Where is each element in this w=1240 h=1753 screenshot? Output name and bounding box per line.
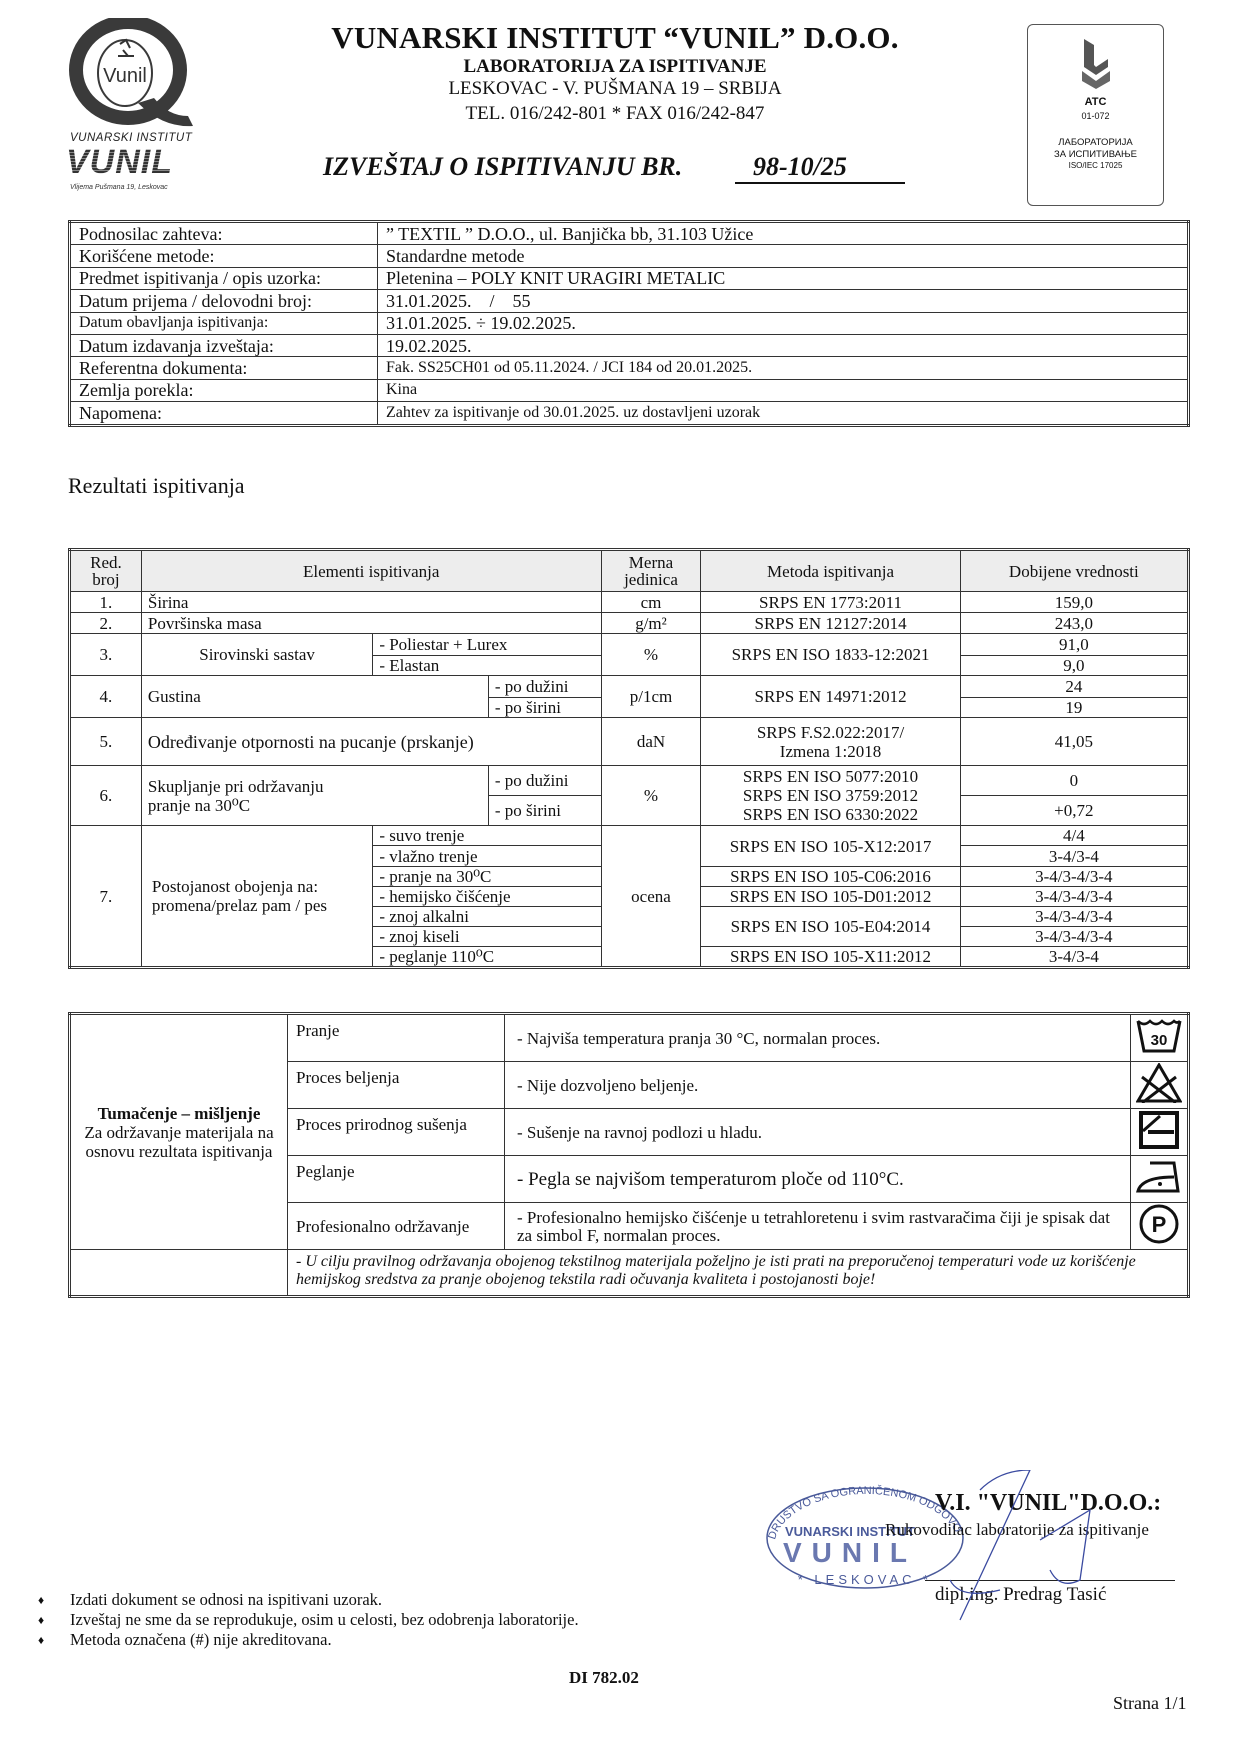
row-element: Sirovinski sastav xyxy=(141,634,372,676)
lab-name: LABORATORIJA ZA ISPITIVANJE xyxy=(330,56,900,78)
info-row: Datum prijema / delovodni broj:31.01.202… xyxy=(70,290,1189,312)
care-category: Proces prirodnog sušenja xyxy=(288,1109,505,1156)
row-subelement: - znoj kiseli xyxy=(373,927,601,947)
footer-note: Izveštaj ne sme da se reprodukuje, osim … xyxy=(30,1610,579,1630)
info-row: Zemlja porekla:Kina xyxy=(70,379,1189,401)
row-value: 91,0 xyxy=(960,634,1188,656)
svg-text:* LESKOVAC *: * LESKOVAC * xyxy=(798,1572,932,1587)
handwritten-signature xyxy=(940,1470,1120,1630)
care-note-row: - U cilju pravilnog održavanja obojenog … xyxy=(70,1250,1189,1297)
row-element: Postojanost obojenja na: promena/prelaz … xyxy=(141,826,372,968)
svg-text:P: P xyxy=(1152,1212,1167,1237)
info-label: Referentna dokumenta: xyxy=(70,357,378,379)
info-row: Referentna dokumenta:Fak. SS25CH01 od 05… xyxy=(70,357,1189,379)
row-subelement: - po širini xyxy=(488,796,601,826)
row-no: 4. xyxy=(70,676,142,718)
row-unit: ocena xyxy=(601,826,701,968)
row-value: 3-4/3-4 xyxy=(960,846,1188,867)
table-row: 6. Skupljanje pri održavanjupranje na 30… xyxy=(70,766,1189,796)
row-no: 7. xyxy=(70,826,142,968)
info-label: Predmet ispitivanja / opis uzorka: xyxy=(70,267,378,289)
row-value: 159,0 xyxy=(960,592,1188,613)
info-label: Napomena: xyxy=(70,402,378,425)
row-value: 3-4/3-4/3-4 xyxy=(960,907,1188,927)
row-value: 0 xyxy=(960,766,1188,796)
method-line: SRPS F.S2.022:2017/ xyxy=(757,723,904,742)
row-method: SRPS EN ISO 105-C06:2016 xyxy=(701,867,960,887)
svg-text:VUNIL: VUNIL xyxy=(783,1537,917,1568)
row-value: 24 xyxy=(960,676,1188,698)
logo-brand: VUNIL xyxy=(66,143,173,182)
care-description: - Profesionalno hemijsko čišćenje u tetr… xyxy=(505,1203,1131,1250)
row-method: SRPS EN ISO 105-X12:2017 xyxy=(701,826,960,867)
method-line: SRPS EN ISO 6330:2022 xyxy=(743,805,918,824)
info-row: Datum obavljanja ispitivanja:31.01.2025.… xyxy=(70,312,1189,334)
row-value: 9,0 xyxy=(960,656,1188,676)
care-note: - U cilju pravilnog održavanja obojenog … xyxy=(288,1250,1189,1297)
svg-text:Vunil: Vunil xyxy=(103,65,147,87)
interpretation-heading: Tumačenje – mišljenje Za održavanje mate… xyxy=(70,1014,288,1250)
table-row: 4. Gustina - po dužini p/1cm SRPS EN 149… xyxy=(70,676,1189,698)
row-no: 1. xyxy=(70,592,142,613)
info-value: Kina xyxy=(378,379,1189,401)
row-subelement: - peglanje 110⁰C xyxy=(373,947,601,968)
care-category: Proces beljenja xyxy=(288,1062,505,1109)
col-header-method: Metoda ispitivanja xyxy=(701,550,960,592)
row-subelement: - po dužini xyxy=(488,766,601,796)
info-row: Predmet ispitivanja / opis uzorka:Pleten… xyxy=(70,267,1189,289)
row-method: SRPS EN ISO 5077:2010SRPS EN ISO 3759:20… xyxy=(701,766,960,826)
page-number: Strana 1/1 xyxy=(1113,1693,1187,1714)
report-number: 98-10/25 xyxy=(735,152,905,184)
row-subelement: - pranje na 30⁰C xyxy=(373,867,601,887)
atc-title: ATC xyxy=(1028,96,1163,108)
results-section-title: Rezultati ispitivanja xyxy=(68,473,245,499)
care-row: Tumačenje – mišljenje Za održavanje mate… xyxy=(70,1014,1189,1062)
row-value: 41,05 xyxy=(960,718,1188,766)
atc-logo-icon xyxy=(1076,37,1116,89)
row-method: SRPS EN ISO 105-D01:2012 xyxy=(701,887,960,907)
row-subelement: - znoj alkalni xyxy=(373,907,601,927)
row-unit: p/1cm xyxy=(601,676,701,718)
row-method: SRPS EN ISO 105-X11:2012 xyxy=(701,947,960,968)
care-description: - Pegla se najvišom temperaturom ploče o… xyxy=(505,1156,1131,1203)
row-subelement: - vlažno trenje xyxy=(373,846,601,867)
info-value: Zahtev za ispitivanje od 30.01.2025. uz … xyxy=(378,402,1189,425)
row-subelement: - po dužini xyxy=(488,676,601,698)
row-method: SRPS EN 14971:2012 xyxy=(701,676,960,718)
accreditation-badge: ATC 01-072 ЛАБОРАТОРИЈА ЗА ИСПИТИВАЊЕ IS… xyxy=(1027,24,1164,206)
row-value: 3-4/3-4 xyxy=(960,947,1188,968)
row-unit: cm xyxy=(601,592,701,613)
care-category: Peglanje xyxy=(288,1156,505,1203)
row-unit: g/m² xyxy=(601,613,701,634)
interpretation-title: Tumačenje – mišljenje xyxy=(79,1104,279,1123)
table-row: 7. Postojanost obojenja na: promena/prel… xyxy=(70,826,1189,846)
col-header-no: Red. broj xyxy=(70,550,142,592)
care-description: - Najviša temperatura pranja 30 °C, norm… xyxy=(505,1014,1131,1062)
dry-clean-p-icon: P xyxy=(1131,1203,1189,1250)
results-header-row: Red. broj Elementi ispitivanja Merna jed… xyxy=(70,550,1189,592)
footer-notes: Izdati dokument se odnosi na ispitivani … xyxy=(30,1590,579,1650)
row-element: Gustina xyxy=(141,676,488,718)
logo-address-caption: Vlijema Pušmana 19, Leskovac xyxy=(70,184,168,191)
atc-number: 01-072 xyxy=(1028,111,1163,121)
results-table: Red. broj Elementi ispitivanja Merna jed… xyxy=(68,548,1190,969)
footer-note: Izdati dokument se odnosi na ispitivani … xyxy=(30,1590,579,1610)
document-code: DI 782.02 xyxy=(569,1668,639,1688)
report-title: IZVEŠTAJ O ISPITIVANJU BR. xyxy=(323,152,682,182)
info-row: Napomena:Zahtev za ispitivanje od 30.01.… xyxy=(70,402,1189,425)
row-element: Širina xyxy=(141,592,601,613)
info-value: 31.01.2025. / 55 xyxy=(378,290,1189,312)
row-element: Površinska masa xyxy=(141,613,601,634)
info-label: Datum prijema / delovodni broj: xyxy=(70,290,378,312)
element-line: Skupljanje pri održavanju xyxy=(148,777,324,796)
row-method: SRPS EN 12127:2014 xyxy=(701,613,960,634)
care-category: Profesionalno održavanje xyxy=(288,1203,505,1250)
info-label: Zemlja porekla: xyxy=(70,379,378,401)
row-method: SRPS EN ISO 1833-12:2021 xyxy=(701,634,960,676)
row-method: SRPS EN 1773:2011 xyxy=(701,592,960,613)
row-subelement: - suvo trenje xyxy=(373,826,601,846)
row-value: 3-4/3-4/3-4 xyxy=(960,867,1188,887)
atc-line2: ЗА ИСПИТИВАЊЕ xyxy=(1028,149,1163,161)
row-subelement: - po širini xyxy=(488,698,601,718)
row-value: +0,72 xyxy=(960,796,1188,826)
care-description: - Nije dozvoljeno beljenje. xyxy=(505,1062,1131,1109)
atc-standard: ISO/IEC 17025 xyxy=(1028,161,1163,170)
care-interpretation-table: Tumačenje – mišljenje Za održavanje mate… xyxy=(68,1012,1190,1298)
row-no: 2. xyxy=(70,613,142,634)
info-label: Podnosilac zahteva: xyxy=(70,222,378,245)
svg-text:30: 30 xyxy=(1151,1032,1168,1049)
row-method: SRPS F.S2.022:2017/Izmena 1:2018 xyxy=(701,718,960,766)
report-info-table: Podnosilac zahteva:” TEXTIL ” D.O.O., ul… xyxy=(68,220,1190,427)
info-value: Standardne metode xyxy=(378,245,1189,267)
atc-line1: ЛАБОРАТОРИЈА xyxy=(1028,137,1163,149)
info-row: Datum izdavanja izveštaja:19.02.2025. xyxy=(70,334,1189,356)
method-line: SRPS EN ISO 5077:2010 xyxy=(743,767,918,786)
method-line: SRPS EN ISO 3759:2012 xyxy=(743,786,918,805)
row-value: 4/4 xyxy=(960,826,1188,846)
info-value: 31.01.2025. ÷ 19.02.2025. xyxy=(378,312,1189,334)
wash-30-icon: 30 xyxy=(1131,1014,1189,1062)
row-no: 3. xyxy=(70,634,142,676)
lab-address: LESKOVAC - V. PUŠMANA 19 – SRBIJA xyxy=(330,78,900,100)
info-row: Korišćene metode:Standardne metode xyxy=(70,245,1189,267)
row-subelement: - Poliestar + Lurex xyxy=(373,634,601,656)
table-row: 5. Određivanje otpornosti na pucanje (pr… xyxy=(70,718,1189,766)
care-description: - Sušenje na ravnoj podlozi u hladu. xyxy=(505,1109,1131,1156)
row-method: SRPS EN ISO 105-E04:2014 xyxy=(701,907,960,947)
iron-low-icon xyxy=(1131,1156,1189,1203)
row-value: 19 xyxy=(960,698,1188,718)
col-header-element: Elementi ispitivanja xyxy=(141,550,601,592)
footer-note: Metoda označena (#) nije akreditovana. xyxy=(30,1630,579,1650)
info-row: Podnosilac zahteva:” TEXTIL ” D.O.O., ul… xyxy=(70,222,1189,245)
row-value: 3-4/3-4/3-4 xyxy=(960,927,1188,947)
info-label: Datum obavljanja ispitivanja: xyxy=(70,312,378,334)
row-no: 5. xyxy=(70,718,142,766)
info-label: Korišćene metode: xyxy=(70,245,378,267)
info-value: ” TEXTIL ” D.O.O., ul. Banjička bb, 31.1… xyxy=(378,222,1189,245)
info-value: 19.02.2025. xyxy=(378,334,1189,356)
table-row: 2. Površinska masa g/m² SRPS EN 12127:20… xyxy=(70,613,1189,634)
row-element: Određivanje otpornosti na pucanje (prska… xyxy=(141,718,601,766)
row-unit: % xyxy=(601,766,701,826)
row-subelement: - Elastan xyxy=(373,656,601,676)
row-subelement: - hemijsko čišćenje xyxy=(373,887,601,907)
note-spacer xyxy=(70,1250,288,1297)
no-bleach-icon xyxy=(1131,1062,1189,1109)
method-line: Izmena 1:2018 xyxy=(780,742,882,761)
care-category: Pranje xyxy=(288,1014,505,1062)
lab-contact: TEL. 016/242-801 * FAX 016/242-847 xyxy=(330,103,900,125)
dry-flat-shade-icon xyxy=(1131,1109,1189,1156)
info-label: Datum izdavanja izveštaja: xyxy=(70,334,378,356)
org-name: VUNARSKI INSTITUT “VUNIL” D.O.O. xyxy=(330,20,900,56)
row-unit: daN xyxy=(601,718,701,766)
row-element: Skupljanje pri održavanjupranje na 30⁰C xyxy=(141,766,488,826)
row-value: 243,0 xyxy=(960,613,1188,634)
interpretation-subtitle: Za održavanje materijala na osnovu rezul… xyxy=(79,1123,279,1161)
row-value: 3-4/3-4/3-4 xyxy=(960,887,1188,907)
col-header-value: Dobijene vrednosti xyxy=(960,550,1188,592)
info-value: Fak. SS25CH01 od 05.11.2024. / JCI 184 o… xyxy=(378,357,1189,379)
col-header-unit: Merna jedinica xyxy=(601,550,701,592)
table-row: 3. Sirovinski sastav - Poliestar + Lurex… xyxy=(70,634,1189,656)
info-value: Pletenina – POLY KNIT URAGIRI METALIC xyxy=(378,267,1189,289)
vunil-q-logo: Vunil xyxy=(68,18,198,133)
element-line: pranje na 30⁰C xyxy=(148,796,250,815)
table-row: 1. Širina cm SRPS EN 1773:2011 159,0 xyxy=(70,592,1189,613)
row-no: 6. xyxy=(70,766,142,826)
row-unit: % xyxy=(601,634,701,676)
